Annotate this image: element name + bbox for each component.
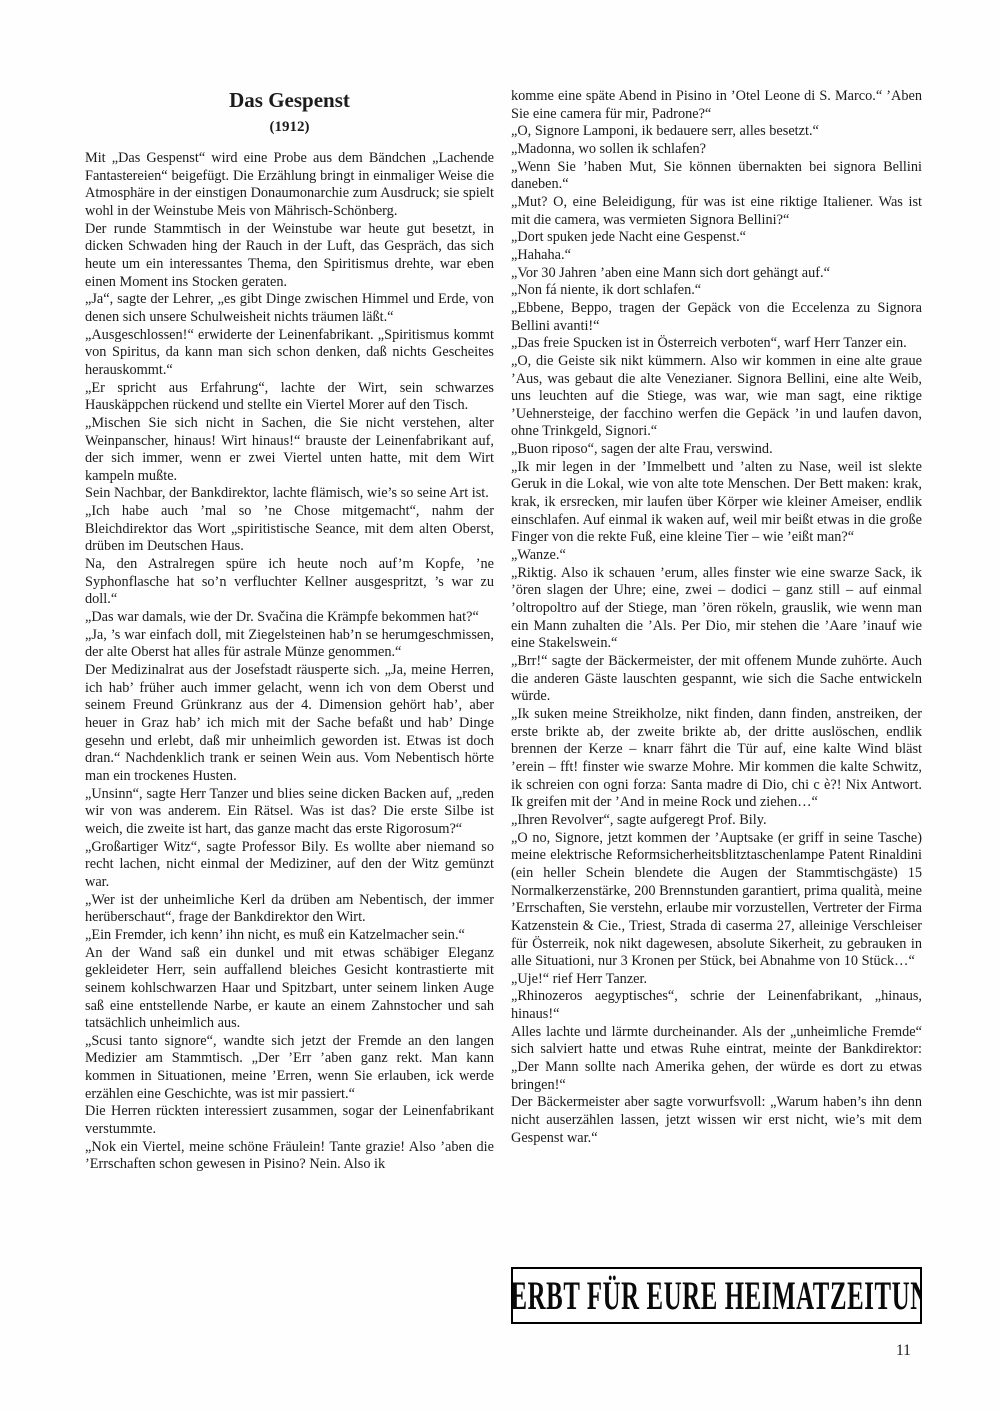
article-title: Das Gespenst	[85, 88, 494, 112]
paragraph: „Riktig. Also ik schauen ’erum, alles fi…	[511, 565, 922, 653]
paragraph: An der Wand saß ein dunkel und mit etwas…	[85, 945, 494, 1033]
paragraph: „Hahaha.“	[511, 247, 922, 265]
paragraph: „Ik mir legen in der ’Immelbett und ’alt…	[511, 459, 922, 547]
paragraph: „Ein Fremder, ich kenn’ ihn nicht, es mu…	[85, 927, 494, 945]
paragraph: „Wenn Sie ’haben Mut, Sie können übernak…	[511, 159, 922, 194]
paragraph: „Vor 30 Jahren ’aben eine Mann sich dort…	[511, 265, 922, 283]
banner-text: WERBT FÜR EURE HEIMATZEITUNG	[511, 1272, 922, 1319]
paragraph: Na, den Astralregen spüre ich heute noch…	[85, 556, 494, 609]
left-column-text: Mit „Das Gespenst“ wird eine Probe aus d…	[85, 150, 494, 1174]
left-column: Das Gespenst (1912) Mit „Das Gespenst“ w…	[85, 88, 494, 1174]
paragraph: Mit „Das Gespenst“ wird eine Probe aus d…	[85, 150, 494, 221]
paragraph: „O, Signore Lamponi, ik bedauere serr, a…	[511, 123, 922, 141]
right-column-text: komme eine späte Abend in Pisino in ’Ote…	[511, 88, 922, 1147]
paragraph: „Mut? O, eine Beleidigung, für was ist e…	[511, 194, 922, 229]
paragraph: komme eine späte Abend in Pisino in ’Ote…	[511, 88, 922, 123]
paragraph: Sein Nachbar, der Bankdirektor, lachte f…	[85, 485, 494, 503]
paragraph: „Ja“, sagte der Lehrer, „es gibt Dinge z…	[85, 291, 494, 326]
paragraph: „Non fá niente, ik dort schlafen.“	[511, 282, 922, 300]
paragraph: „Rhinozeros aegyptisches“, schrie der Le…	[511, 988, 922, 1023]
right-column: komme eine späte Abend in Pisino in ’Ote…	[511, 88, 922, 1147]
paragraph: „Buon riposo“, sagen der alte Frau, vers…	[511, 441, 922, 459]
paragraph: „Nok ein Viertel, meine schöne Fräulein!…	[85, 1139, 494, 1174]
paragraph: Der Bäckermeister aber sagte vorwurfsvol…	[511, 1094, 922, 1147]
paragraph: „Das war damals, wie der Dr. Svačina die…	[85, 609, 494, 627]
heimatzeitung-advert-banner: WERBT FÜR EURE HEIMATZEITUNG	[511, 1267, 922, 1324]
paragraph: „Ik suken meine Streikholze, nikt finden…	[511, 706, 922, 812]
paragraph: „Uje!“ rief Herr Tanzer.	[511, 971, 922, 989]
paragraph: „Wer ist der unheimliche Kerl da drüben …	[85, 892, 494, 927]
scanned-book-page: Das Gespenst (1912) Mit „Das Gespenst“ w…	[0, 0, 1000, 1412]
paragraph: „Wanze.“	[511, 547, 922, 565]
paragraph: „Scusi tanto signore“, wandte sich jetzt…	[85, 1033, 494, 1104]
paragraph: „O no, Signore, jetzt kommen der ’Auptsa…	[511, 830, 922, 971]
paragraph: „Ebbene, Beppo, tragen der Gepäck von di…	[511, 300, 922, 335]
paragraph: Die Herren rückten interessiert zusammen…	[85, 1103, 494, 1138]
paragraph: Alles lachte und lärmte durcheinander. A…	[511, 1024, 922, 1095]
paragraph: „Mischen Sie sich nicht in Sachen, die S…	[85, 415, 494, 486]
paragraph: „Er spricht aus Erfahrung“, lachte der W…	[85, 380, 494, 415]
paragraph: „Brr!“ sagte der Bäckermeister, der mit …	[511, 653, 922, 706]
paragraph: „Dort spuken jede Nacht eine Gespenst.“	[511, 229, 922, 247]
paragraph: „Madonna, wo sollen ik schlafen?	[511, 141, 922, 159]
paragraph: „Ja, ’s war einfach doll, mit Ziegelstei…	[85, 627, 494, 662]
paragraph: „Großartiger Witz“, sagte Professor Bily…	[85, 839, 494, 892]
paragraph: Der Medizinalrat aus der Josefstadt räus…	[85, 662, 494, 786]
paragraph: „Das freie Spucken ist in Österreich ver…	[511, 335, 922, 353]
paragraph: Der runde Stammtisch in der Weinstube wa…	[85, 221, 494, 292]
paragraph: „Unsinn“, sagte Herr Tanzer und blies se…	[85, 786, 494, 839]
paragraph: „O, die Geiste sik nikt kümmern. Also wi…	[511, 353, 922, 441]
paragraph: „Ich habe auch ’mal so ’ne Chose mitgema…	[85, 503, 494, 556]
page-number: 11	[896, 1342, 911, 1360]
paragraph: „Ihren Revolver“, sagte aufgeregt Prof. …	[511, 812, 922, 830]
paragraph: „Ausgeschlossen!“ erwiderte der Leinenfa…	[85, 327, 494, 380]
article-year: (1912)	[85, 119, 494, 136]
